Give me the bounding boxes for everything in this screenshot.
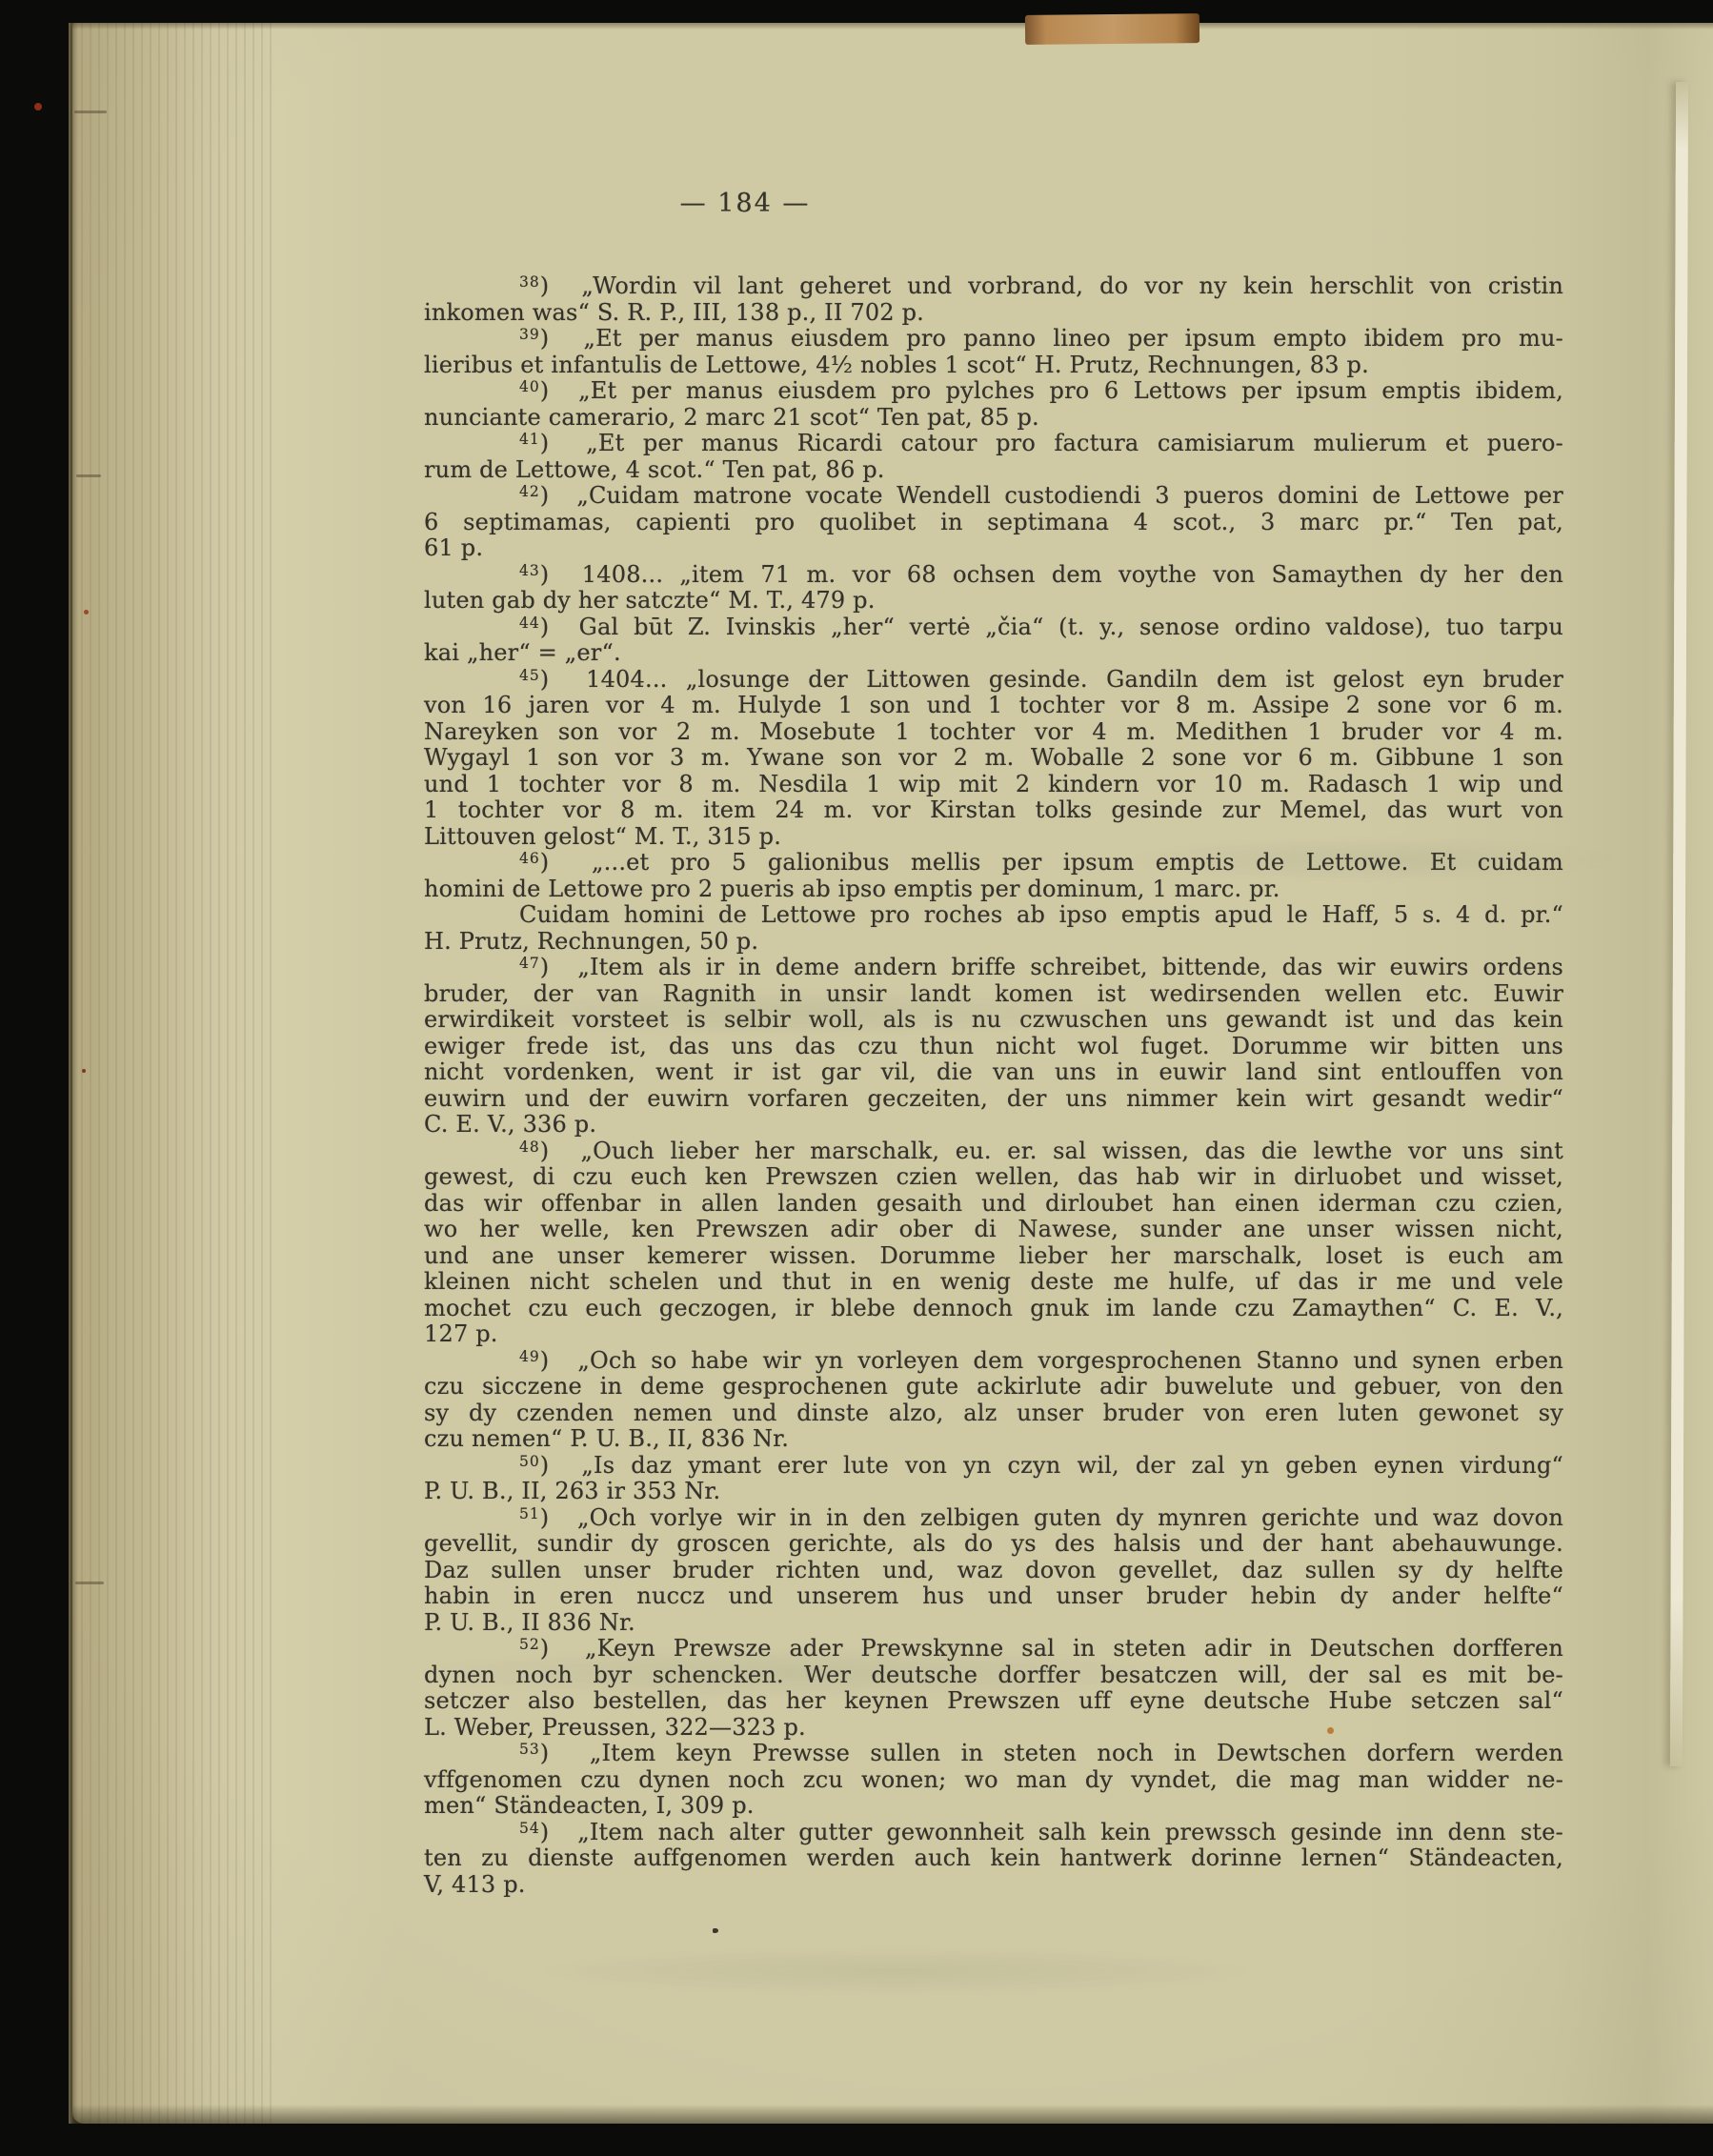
footnote-line: P. U. B., II, 263 ir 353 Nr.	[424, 1479, 1563, 1505]
footnote-number: 41	[519, 431, 540, 448]
footnote: 44) Gal būt Z. Ivinskis „her“ vertė „čia…	[424, 615, 1563, 667]
footnote-number: 40	[519, 378, 540, 395]
footnote: 48) „Ouch lieber her marschalk, eu. er. …	[424, 1138, 1563, 1348]
footnote-line: habin in eren nuccz und unserem hus und …	[424, 1583, 1563, 1610]
footnote-line: czu nemen“ P. U. B., II, 836 Nr.	[424, 1426, 1563, 1453]
footnote: 42) „Cuidam matrone vocate Wendell custo…	[424, 483, 1563, 562]
footnote: 52) „Keyn Prewsze ader Prewskynne sal in…	[424, 1636, 1563, 1741]
footnote-line: men“ Ständeacten, I, 309 p.	[424, 1793, 1563, 1820]
footnote: 50) „Is daz ymant erer lute von yn czyn …	[424, 1453, 1563, 1505]
footnote-line: und ane unser kemerer wissen. Dorumme li…	[424, 1243, 1563, 1270]
footnote: 47) „Item als ir in deme andern briffe s…	[424, 955, 1563, 1138]
footnote-line: ten zu dienste auffgenomen werden auch k…	[424, 1845, 1563, 1872]
footnote-line: 127 p.	[424, 1321, 1563, 1348]
footnote-line: lieribus et infantulis de Lettowe, 4½ no…	[424, 353, 1563, 379]
footnote-line: ewiger frede ist, das uns das czu thun n…	[424, 1034, 1563, 1060]
footnote-line: setczer also bestellen, das her keynen P…	[424, 1688, 1563, 1715]
foxing-speck	[34, 103, 42, 111]
footnote: 51) „Och vorlye wir in in den zelbigen g…	[424, 1505, 1563, 1637]
footnote-line: 41) „Et per manus Ricardi catour pro fac…	[424, 431, 1563, 457]
footnote-line: Cuidam homini de Lettowe pro roches ab i…	[424, 902, 1563, 929]
footnote-number: 51	[519, 1505, 540, 1522]
footnote-line: 47) „Item als ir in deme andern briffe s…	[424, 955, 1563, 981]
footnote: 49) „Och so habe wir yn vorleyen dem vor…	[424, 1348, 1563, 1453]
footnote-number: 50	[519, 1453, 540, 1470]
footnote-line: 54) „Item nach alter gutter gewonnheit s…	[424, 1820, 1563, 1846]
footnote-line: nunciante camerario, 2 marc 21 scot“ Ten…	[424, 405, 1563, 432]
footnote-line: nicht vordenken, went ir ist gar vil, di…	[424, 1059, 1563, 1086]
page-bottom-edge	[72, 2105, 1713, 2124]
page-edge-crease	[75, 1582, 104, 1584]
footnote: 40) „Et per manus eiusdem pro pylches pr…	[424, 378, 1563, 431]
footnote-line: 44) Gal būt Z. Ivinskis „her“ vertė „čia…	[424, 615, 1563, 641]
footnote-number: 52	[519, 1636, 540, 1653]
footnote-line: V, 413 p.	[424, 1872, 1563, 1899]
footnote-number: 43	[519, 562, 540, 579]
footnote-line: C. E. V., 336 p.	[424, 1112, 1563, 1138]
footnote-number: 39	[519, 326, 540, 343]
footnote-line: 53) „Item keyn Prewsse sullen in steten …	[424, 1741, 1563, 1767]
page-top-edge	[72, 23, 1713, 30]
footnote-line: 51) „Och vorlye wir in in den zelbigen g…	[424, 1505, 1563, 1532]
footnote-line: kai „her“ = „er“.	[424, 640, 1563, 667]
footnote-line: von 16 jaren vor 4 m. Hulyde 1 son und 1…	[424, 693, 1563, 719]
footnote: 38) „Wordin vil lant geheret und vorbran…	[424, 273, 1563, 326]
footnote-line: wo her welle, ken Prewszen adir ober di …	[424, 1217, 1563, 1243]
footnote-number: 44	[519, 615, 540, 632]
spine-shadow	[69, 23, 78, 2124]
page-edge-crease	[76, 474, 101, 477]
footnote-line: H. Prutz, Rechnungen, 50 p.	[424, 929, 1563, 956]
footnote-line: 42) „Cuidam matrone vocate Wendell custo…	[424, 483, 1563, 510]
footnote-number: 38	[519, 273, 540, 291]
footnote-line: P. U. B., II 836 Nr.	[424, 1610, 1563, 1637]
footnote-line: das wir offenbar in allen landen gesaith…	[424, 1191, 1563, 1218]
footnote-line: 50) „Is daz ymant erer lute von yn czyn …	[424, 1453, 1563, 1480]
footnote: Cuidam homini de Lettowe pro roches ab i…	[424, 902, 1563, 955]
footnote-number: 48	[519, 1138, 540, 1156]
footnote-line: 43) 1408... „item 71 m. vor 68 ochsen de…	[424, 562, 1563, 589]
footnote: 45) 1404... „losunge der Littowen gesind…	[424, 667, 1563, 851]
scanned-book-photo: — 184 — 38) „Wordin vil lant geheret und…	[0, 0, 1713, 2156]
footnote-line: vffgenomen czu dynen noch zcu wonen; wo …	[424, 1767, 1563, 1794]
footnote-number: 54	[519, 1820, 540, 1837]
foxing-speck	[82, 1069, 86, 1073]
footnote-line: kleinen nicht schelen und thut in en wen…	[424, 1269, 1563, 1296]
footnote-line: Nareyken son vor 2 m. Mosebute 1 tochter…	[424, 719, 1563, 746]
footnote-line: 52) „Keyn Prewsze ader Prewskynne sal in…	[424, 1636, 1563, 1662]
footnote-line: sy dy czenden nemen und dinste alzo, alz…	[424, 1400, 1563, 1427]
footnote-line: 46) „...et pro 5 galionibus mellis per i…	[424, 850, 1563, 877]
page-number: — 184 —	[621, 189, 869, 218]
page-edge-crease	[74, 111, 107, 113]
footnote: 53) „Item keyn Prewsse sullen in steten …	[424, 1741, 1563, 1820]
footnote-number: 47	[519, 955, 540, 972]
footnote-line: 6 septimamas, capienti pro quolibet in s…	[424, 510, 1563, 536]
footnote-line: L. Weber, Preussen, 322—323 p.	[424, 1715, 1563, 1742]
tape-fragment	[1025, 13, 1199, 45]
footnote-line: und 1 tochter vor 8 m. Nesdila 1 wip mit…	[424, 772, 1563, 798]
footnote: 39) „Et per manus eiusdem pro panno line…	[424, 326, 1563, 378]
footnote-line: homini de Lettowe pro 2 pueris ab ipso e…	[424, 877, 1563, 903]
footnote-line: Littouven gelost“ M. T., 315 p.	[424, 824, 1563, 851]
footnote-line: gevellit, sundir dy groscen gerichte, al…	[424, 1531, 1563, 1558]
footnote-line: luten gab dy her satczte“ M. T., 479 p.	[424, 588, 1563, 615]
footnote-line: inkomen was“ S. R. P., III, 138 p., II 7…	[424, 300, 1563, 327]
ink-mark	[713, 1928, 718, 1933]
footnote-line: 40) „Et per manus eiusdem pro pylches pr…	[424, 378, 1563, 405]
footnote-line: czu sicczene in deme gesprochenen gute a…	[424, 1374, 1563, 1400]
footnote-line: rum de Lettowe, 4 scot.“ Ten pat, 86 p.	[424, 457, 1563, 484]
footnote-number: 42	[519, 483, 540, 500]
footnote-line: Daz sullen unser bruder richten und, waz…	[424, 1558, 1563, 1584]
footnote: 43) 1408... „item 71 m. vor 68 ochsen de…	[424, 562, 1563, 615]
footnote: 41) „Et per manus Ricardi catour pro fac…	[424, 431, 1563, 483]
footnote-number: 46	[519, 850, 540, 867]
footnote-line: 49) „Och so habe wir yn vorleyen dem vor…	[424, 1348, 1563, 1375]
footnote-line: 39) „Et per manus eiusdem pro panno line…	[424, 326, 1563, 353]
footnote-line: 48) „Ouch lieber her marschalk, eu. er. …	[424, 1138, 1563, 1165]
footnote-number: 53	[519, 1741, 540, 1758]
footnote-line: bruder, der van Ragnith in unsir landt k…	[424, 981, 1563, 1008]
foxing-speck	[84, 610, 89, 615]
footnote-line: Wygayl 1 son vor 3 m. Ywane son vor 2 m.…	[424, 745, 1563, 772]
footnotes: 38) „Wordin vil lant geheret und vorbran…	[424, 273, 1563, 1898]
footnote-line: dynen noch byr schencken. Wer deutsche d…	[424, 1662, 1563, 1689]
footnote: 54) „Item nach alter gutter gewonnheit s…	[424, 1820, 1563, 1899]
footnote-line: 45) 1404... „losunge der Littowen gesind…	[424, 667, 1563, 694]
footnote-line: erwirdikeit vorsteet is selbir woll, als…	[424, 1007, 1563, 1034]
footnote-line: 38) „Wordin vil lant geheret und vorbran…	[424, 273, 1563, 300]
footnote-number: 45	[519, 667, 540, 684]
footnote-line: 61 p.	[424, 535, 1563, 562]
footnote-line: gewest, di czu euch ken Prewszen czien w…	[424, 1164, 1563, 1191]
footnote-number: 49	[519, 1348, 540, 1365]
footnote-line: 1 tochter vor 8 m. item 24 m. vor Kirsta…	[424, 797, 1563, 824]
footnote-line: mochet czu euch geczogen, ir blebe denno…	[424, 1296, 1563, 1322]
footnote-line: euwirn und der euwirn vorfaren geczeiten…	[424, 1086, 1563, 1113]
footnote: 46) „...et pro 5 galionibus mellis per i…	[424, 850, 1563, 902]
